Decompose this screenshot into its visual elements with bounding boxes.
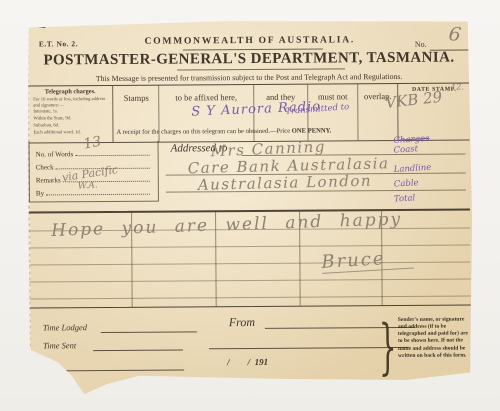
receipt-notice: A receipt for the charges on this telegr… [116,127,398,136]
print-code: B88997...10 [37,378,70,384]
margin-note-coast: Coast [393,144,418,155]
check-label: Check [36,163,54,171]
charges-line: For 16 words or less, including address … [28,95,112,108]
message-grid: Hope you are well and happy Bruce [29,208,471,308]
date-191-fragment: / / 191 [227,357,268,367]
from-label: From [229,315,255,330]
photo-of-telegram-form: { "form_header": { "et_no": "E.T. No. 2.… [0,0,500,411]
sender-instructions: Sender's name, or signature and address … [398,316,469,359]
perforated-edge [25,20,32,398]
handwritten-by-initials: W.A. [77,180,98,191]
grid-line [30,278,471,282]
title-underline [177,68,345,70]
grid-line [30,295,471,299]
price-text: ONE PENNY. [292,127,332,134]
department-title: POSTMASTER-GENERAL'S DEPARTMENT, TASMANI… [43,50,455,70]
margin-note-cable: Cable [394,178,419,189]
time-sent-line [93,349,183,351]
time-sent-label: Time Sent [43,340,76,350]
no-of-words-label: No. of Words [36,150,74,158]
red-mark [36,22,46,28]
handwritten-word-count: 13 [82,134,102,153]
telegram-form-paper: E.T. No. 2. COMMONWEALTH OF AUSTRALIA. N… [25,16,477,397]
transmission-notice: This Message is presented for transmissi… [33,71,465,83]
form-number: E.T. No. 2. [39,39,78,48]
no-label: No. [415,40,427,49]
handwritten-message: Hope you are well and happy [51,209,403,241]
receipt-text: A receipt for the charges on this telegr… [116,128,291,136]
handwritten-form-no: 6 [447,23,462,46]
handwritten-signature: Bruce [321,246,414,273]
by-footer-label: By [43,360,52,370]
by-label: By [36,189,44,197]
curly-brace: } [379,312,397,382]
stamps-cell: to be affixed here, [159,92,253,103]
remarks-label: Remarks [36,176,61,184]
margin-note-total: Total [394,193,416,204]
stamps-cell: Stamps [114,93,158,103]
time-lodged-label: Time Lodged [43,322,87,332]
commonwealth-heading: COMMONWEALTH OF AUSTRALIA. [125,35,375,47]
time-lodged-line [101,331,197,333]
by-line [56,369,184,371]
handwritten-station-note: 12. [451,83,464,92]
telegraph-charges-box: Telegraph charges. For 16 words or less,… [28,86,113,143]
